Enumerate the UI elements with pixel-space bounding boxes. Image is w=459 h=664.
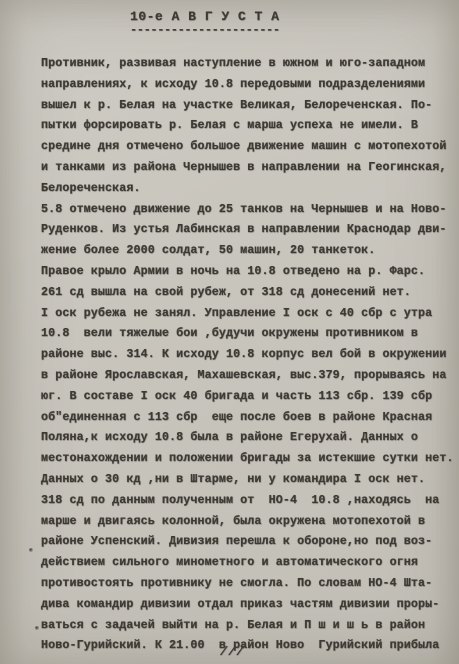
- text-line: Ново-Гурийский. К 21.00 в район Ново Гур…: [41, 635, 451, 656]
- text-line: 5.8 отмечено движение до 25 танков на Че…: [41, 199, 451, 220]
- stray-ink-dot: [29, 548, 33, 552]
- text-line: в районе Ярославская, Махашевская, выс.3…: [41, 365, 451, 386]
- text-line: вышел к р. Белая на участке Великая, Бел…: [41, 95, 451, 116]
- text-line: Противник, развивая наступление в южном …: [41, 53, 451, 74]
- text-line: местонахождении и положении бригады за и…: [41, 448, 451, 469]
- text-line: районе Успенский. Дивизия перешла к обор…: [41, 531, 451, 552]
- text-line: 10.8 вели тяжелые бои ,будучи окружены п…: [41, 323, 451, 344]
- title-underline: ----------------------: [130, 23, 280, 37]
- text-line: 261 сд вышла на свой рубеж, от 318 сд до…: [41, 282, 451, 303]
- document-body: Противник, развивая наступление в южном …: [41, 53, 451, 656]
- text-line: Правое крыло Армии в ночь на 10.8 отведе…: [41, 261, 451, 282]
- text-line: противостоять противнику не смогла. По с…: [41, 573, 451, 594]
- text-line: пытки форсировать р. Белая с марша успех…: [41, 115, 451, 136]
- text-line: и танками из района Чернышев в направлен…: [41, 157, 451, 178]
- text-line: марше и двигаясь колонной, была окружена…: [41, 511, 451, 532]
- text-line: Данных о 30 кд ,ни в Штарме, ни у команд…: [41, 469, 451, 490]
- text-line: жение более 2000 солдат, 50 машин, 20 та…: [41, 240, 451, 261]
- document-header: 10-е А В Г У С Т А ---------------------…: [130, 9, 280, 37]
- text-line: действием сильного минометного и автомат…: [41, 552, 451, 573]
- text-line: I оск рубежа не занял. Управление I оск …: [41, 303, 451, 324]
- text-line: ваться с задачей выйти на р. Белая и П ш…: [41, 615, 451, 636]
- scanned-document-page: 10-е А В Г У С Т А ---------------------…: [0, 0, 459, 664]
- text-line: Белореченская.: [41, 178, 451, 199]
- text-line: 318 сд по данным полученным от НО-4 10.8…: [41, 490, 451, 511]
- text-line: Руденков. Из устья Лабинская в направлен…: [41, 219, 451, 240]
- document-title: 10-е А В Г У С Т А: [130, 9, 280, 24]
- text-line: об"единенная с 113 сбр еще после боев в …: [41, 407, 451, 428]
- text-line: юг. В составе I оск 40 бригада и часть 1…: [41, 386, 451, 407]
- text-line: направлениях, к исходу 10.8 передовыми п…: [41, 74, 451, 95]
- page-continuation-mark: ///: [220, 645, 245, 659]
- text-line: средине дня отмечено большое движение ма…: [41, 136, 451, 157]
- text-line: дива командир дивизии отдал приказ частя…: [41, 594, 451, 615]
- stray-ink-dot: [35, 626, 39, 630]
- text-line: Поляна,к исходу 10.8 была в районе Егеру…: [41, 427, 451, 448]
- text-line: районе выс. 314. К исходу 10.8 корпус ве…: [41, 344, 451, 365]
